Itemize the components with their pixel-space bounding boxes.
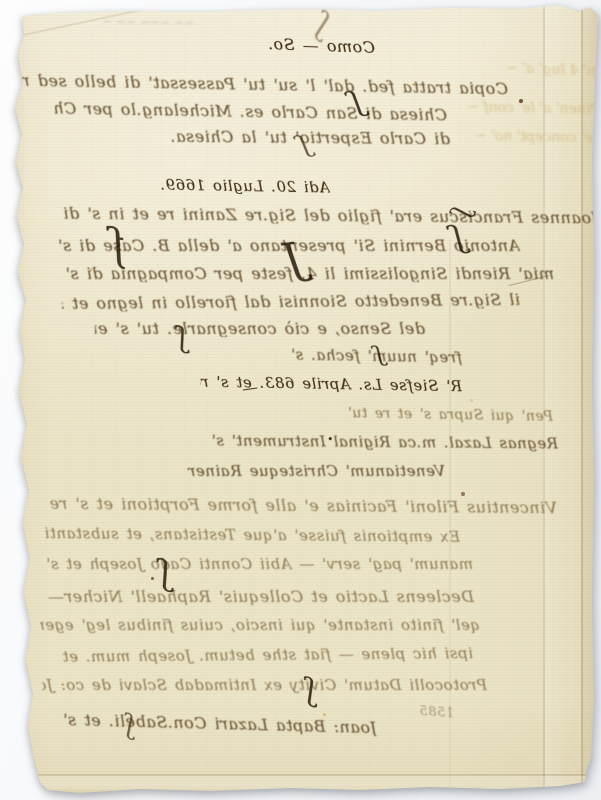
foxing-speck: [519, 99, 523, 103]
scan-background: m' 4 lug' a' ~Pinen' a' le' conf ~de' co…: [0, 0, 601, 800]
foxing-speck: [151, 577, 154, 580]
manuscript-paper: m' 4 lug' a' ~Pinen' a' le' conf ~de' co…: [0, 0, 601, 800]
foxing-speck: [323, 713, 326, 716]
foxing-speck: [90, 268, 93, 271]
foxing-speck: [461, 492, 465, 496]
foxing-speck: [517, 302, 520, 305]
foxing-speck: [413, 83, 416, 86]
stray-fiber: [509, 275, 550, 286]
paper-shadow: m' 4 lug' a' ~Pinen' a' le' conf ~de' co…: [0, 0, 601, 800]
foxing-layer: [0, 0, 601, 800]
foxing-speck: [470, 399, 473, 402]
